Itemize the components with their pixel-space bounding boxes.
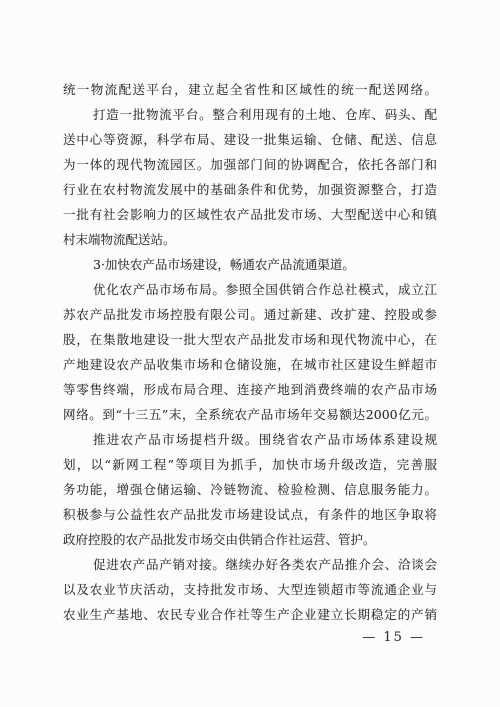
text-line: 促进农产品产销对接。继续办好各类农产品推介会、洽谈会 bbox=[63, 552, 437, 577]
text-line: 以及农业节庆活动，支持批发市场、大型连锁超市等流通企业与 bbox=[63, 577, 437, 602]
text-line: 股，在集散地建设一批大型农产品批发市场和现代物流中心，在 bbox=[63, 327, 437, 352]
text-line: 务功能，增强仓储运输、冷链物流、检验检测、信息服务能力。 bbox=[63, 477, 437, 502]
text-line: 积极参与公益性农产品批发市场建设试点，有条件的地区争取将 bbox=[63, 502, 437, 527]
text-line: 网络。到“十三五”末，全系统农产品市场年交易额达2000亿元。 bbox=[63, 402, 437, 427]
text-line: 等零售终端，形成布局合理、连接产地到消费终端的农产品市场 bbox=[63, 377, 437, 402]
text-line: 政府控股的农产品批发市场交由供销合作社运营、管护。 bbox=[63, 527, 437, 552]
text-line: 优化农产品市场布局。参照全国供销合作总社模式，成立江 bbox=[63, 277, 437, 302]
text-line: 送中心等资源，科学布局、建设一批集运输、仓储、配送、信息 bbox=[63, 127, 437, 152]
document-page: 统一物流配送平台，建立起全省性和区域性的统一配送网络。打造一批物流平台。整合利用… bbox=[0, 0, 500, 707]
text-line: 产地建设农产品收集市场和仓储设施，在城市社区建设生鲜超市 bbox=[63, 352, 437, 377]
text-line: 打造一批物流平台。整合利用现有的土地、仓库、码头、配 bbox=[63, 102, 437, 127]
text-line: 3·加快农产品市场建设，畅通农产品流通渠道。 bbox=[63, 252, 437, 277]
text-line: 推进农产品市场提档升级。围绕省农产品市场体系建设规 bbox=[63, 427, 437, 452]
text-line: 行业在农村物流发展中的基础条件和优势，加强资源整合，打造 bbox=[63, 177, 437, 202]
text-line: 为一体的现代物流园区。加强部门间的协调配合，依托各部门和 bbox=[63, 152, 437, 177]
text-line: 划，以“新网工程”等项目为抓手，加快市场升级改造，完善服 bbox=[63, 452, 437, 477]
text-line: 农业生产基地、农民专业合作社等生产企业建立长期稳定的产销 bbox=[63, 602, 437, 627]
text-line: 村末端物流配送站。 bbox=[63, 227, 437, 252]
body-text: 统一物流配送平台，建立起全省性和区域性的统一配送网络。打造一批物流平台。整合利用… bbox=[63, 77, 437, 627]
text-line: 统一物流配送平台，建立起全省性和区域性的统一配送网络。 bbox=[63, 77, 437, 102]
text-line: 苏农产品批发市场控股有限公司。通过新建、改扩建、控股或参 bbox=[63, 302, 437, 327]
text-line: 一批有社会影响力的区域性农产品批发市场、大型配送中心和镇 bbox=[63, 202, 437, 227]
page-number: — 15 — bbox=[362, 630, 425, 645]
